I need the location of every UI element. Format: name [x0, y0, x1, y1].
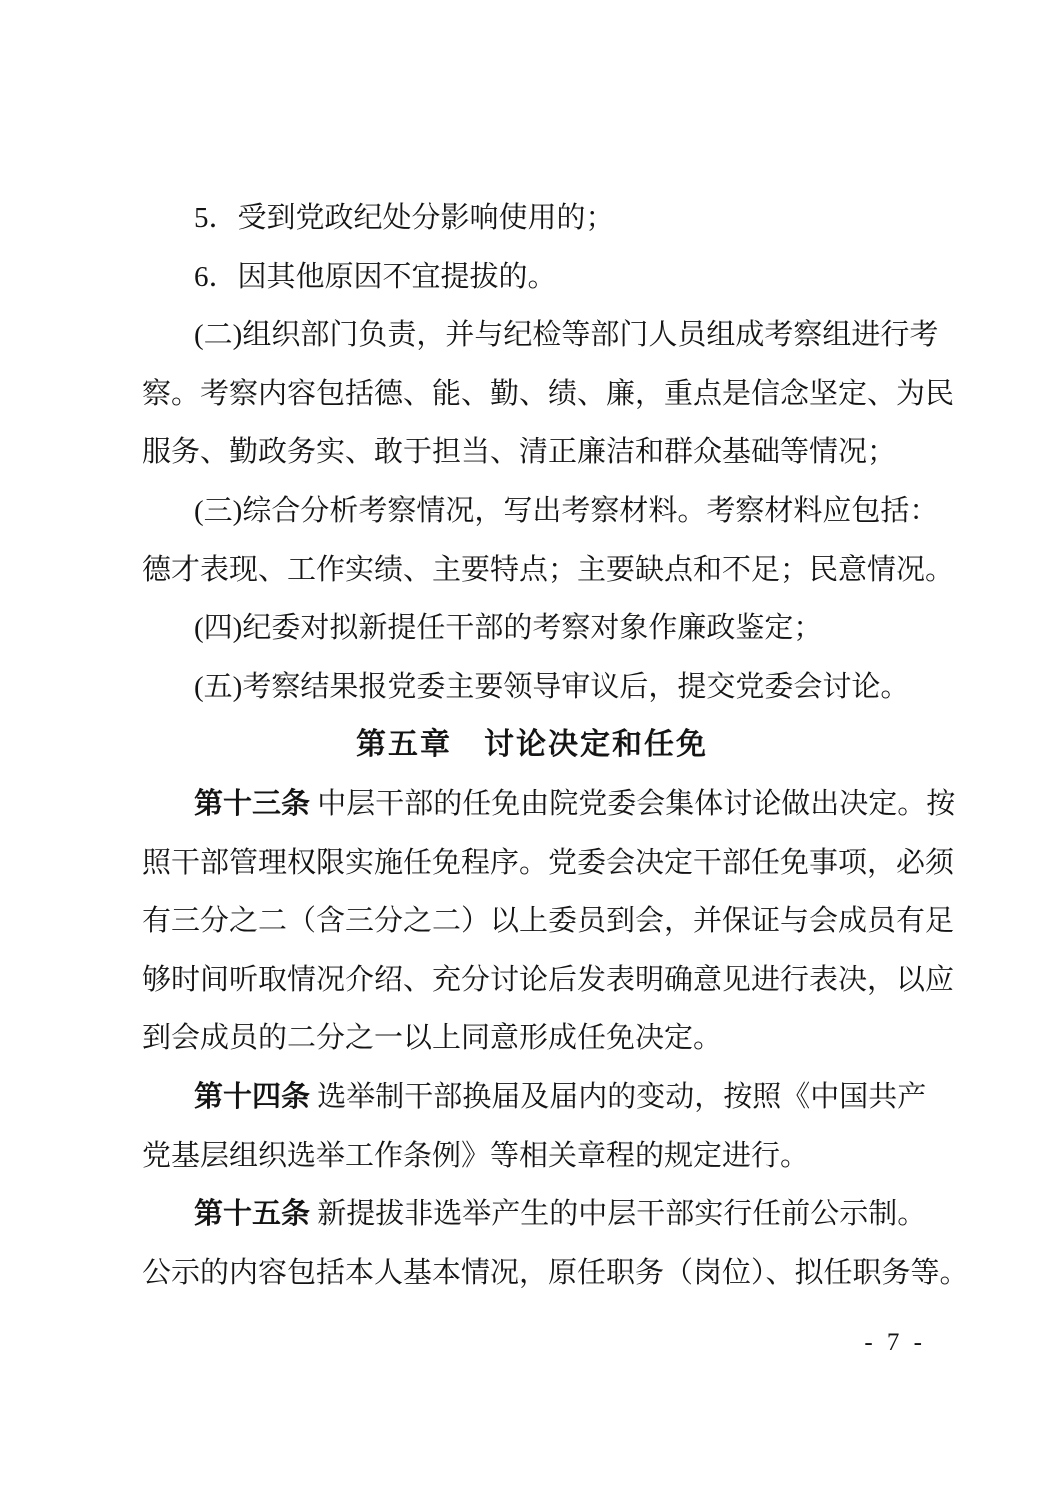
text-line: 6．因其他原因不宜提拔的。 [142, 248, 922, 307]
article-number: 第十四条 [194, 1081, 310, 1113]
text-line: 第十四条 选举制干部换届及届内的变动，按照《中国共产 [142, 1068, 922, 1127]
text-line: 公示的内容包括本人基本情况，原任职务（岗位）、拟任职务等。 [142, 1244, 922, 1303]
text-line: (二)组织部门负责，并与纪检等部门人员组成考察组进行考 [142, 306, 922, 365]
page-number: - 7 - [864, 1329, 926, 1357]
document-body: 5．受到党政纪处分影响使用的； 6．因其他原因不宜提拔的。 (二)组织部门负责，… [142, 189, 922, 1302]
document-page: 5．受到党政纪处分影响使用的； 6．因其他原因不宜提拔的。 (二)组织部门负责，… [0, 0, 1054, 1491]
text-line: 党基层组织选举工作条例》等相关章程的规定进行。 [142, 1127, 922, 1186]
chapter-heading: 第五章 讨论决定和任免 [142, 716, 922, 775]
text-line: 第十五条 新提拔非选举产生的中层干部实行任前公示制。 [142, 1185, 922, 1244]
text-line: (四)纪委对拟新提任干部的考察对象作廉政鉴定； [142, 599, 922, 658]
text-line: 到会成员的二分之一以上同意形成任免决定。 [142, 1009, 922, 1068]
text-line: 有三分之二（含三分之二）以上委员到会，并保证与会成员有足 [142, 892, 922, 951]
text-line: 5．受到党政纪处分影响使用的； [142, 189, 922, 248]
article-number: 第十五条 [194, 1198, 310, 1230]
text-line: 察。考察内容包括德、能、勤、绩、廉，重点是信念坚定、为民 [142, 365, 922, 424]
text-line: 德才表现、工作实绩、主要特点；主要缺点和不足；民意情况。 [142, 541, 922, 600]
text-line: 服务、勤政务实、敢于担当、清正廉洁和群众基础等情况； [142, 423, 922, 482]
text-line: 第十三条 中层干部的任免由院党委会集体讨论做出决定。按 [142, 775, 922, 834]
text-line: (五)考察结果报党委主要领导审议后，提交党委会讨论。 [142, 658, 922, 717]
text-line: (三)综合分析考察情况，写出考察材料。考察材料应包括： [142, 482, 922, 541]
text-line: 照干部管理权限实施任免程序。党委会决定干部任免事项，必须 [142, 834, 922, 893]
article-number: 第十三条 [194, 788, 310, 820]
text-line: 够时间听取情况介绍、充分讨论后发表明确意见进行表决，以应 [142, 951, 922, 1010]
